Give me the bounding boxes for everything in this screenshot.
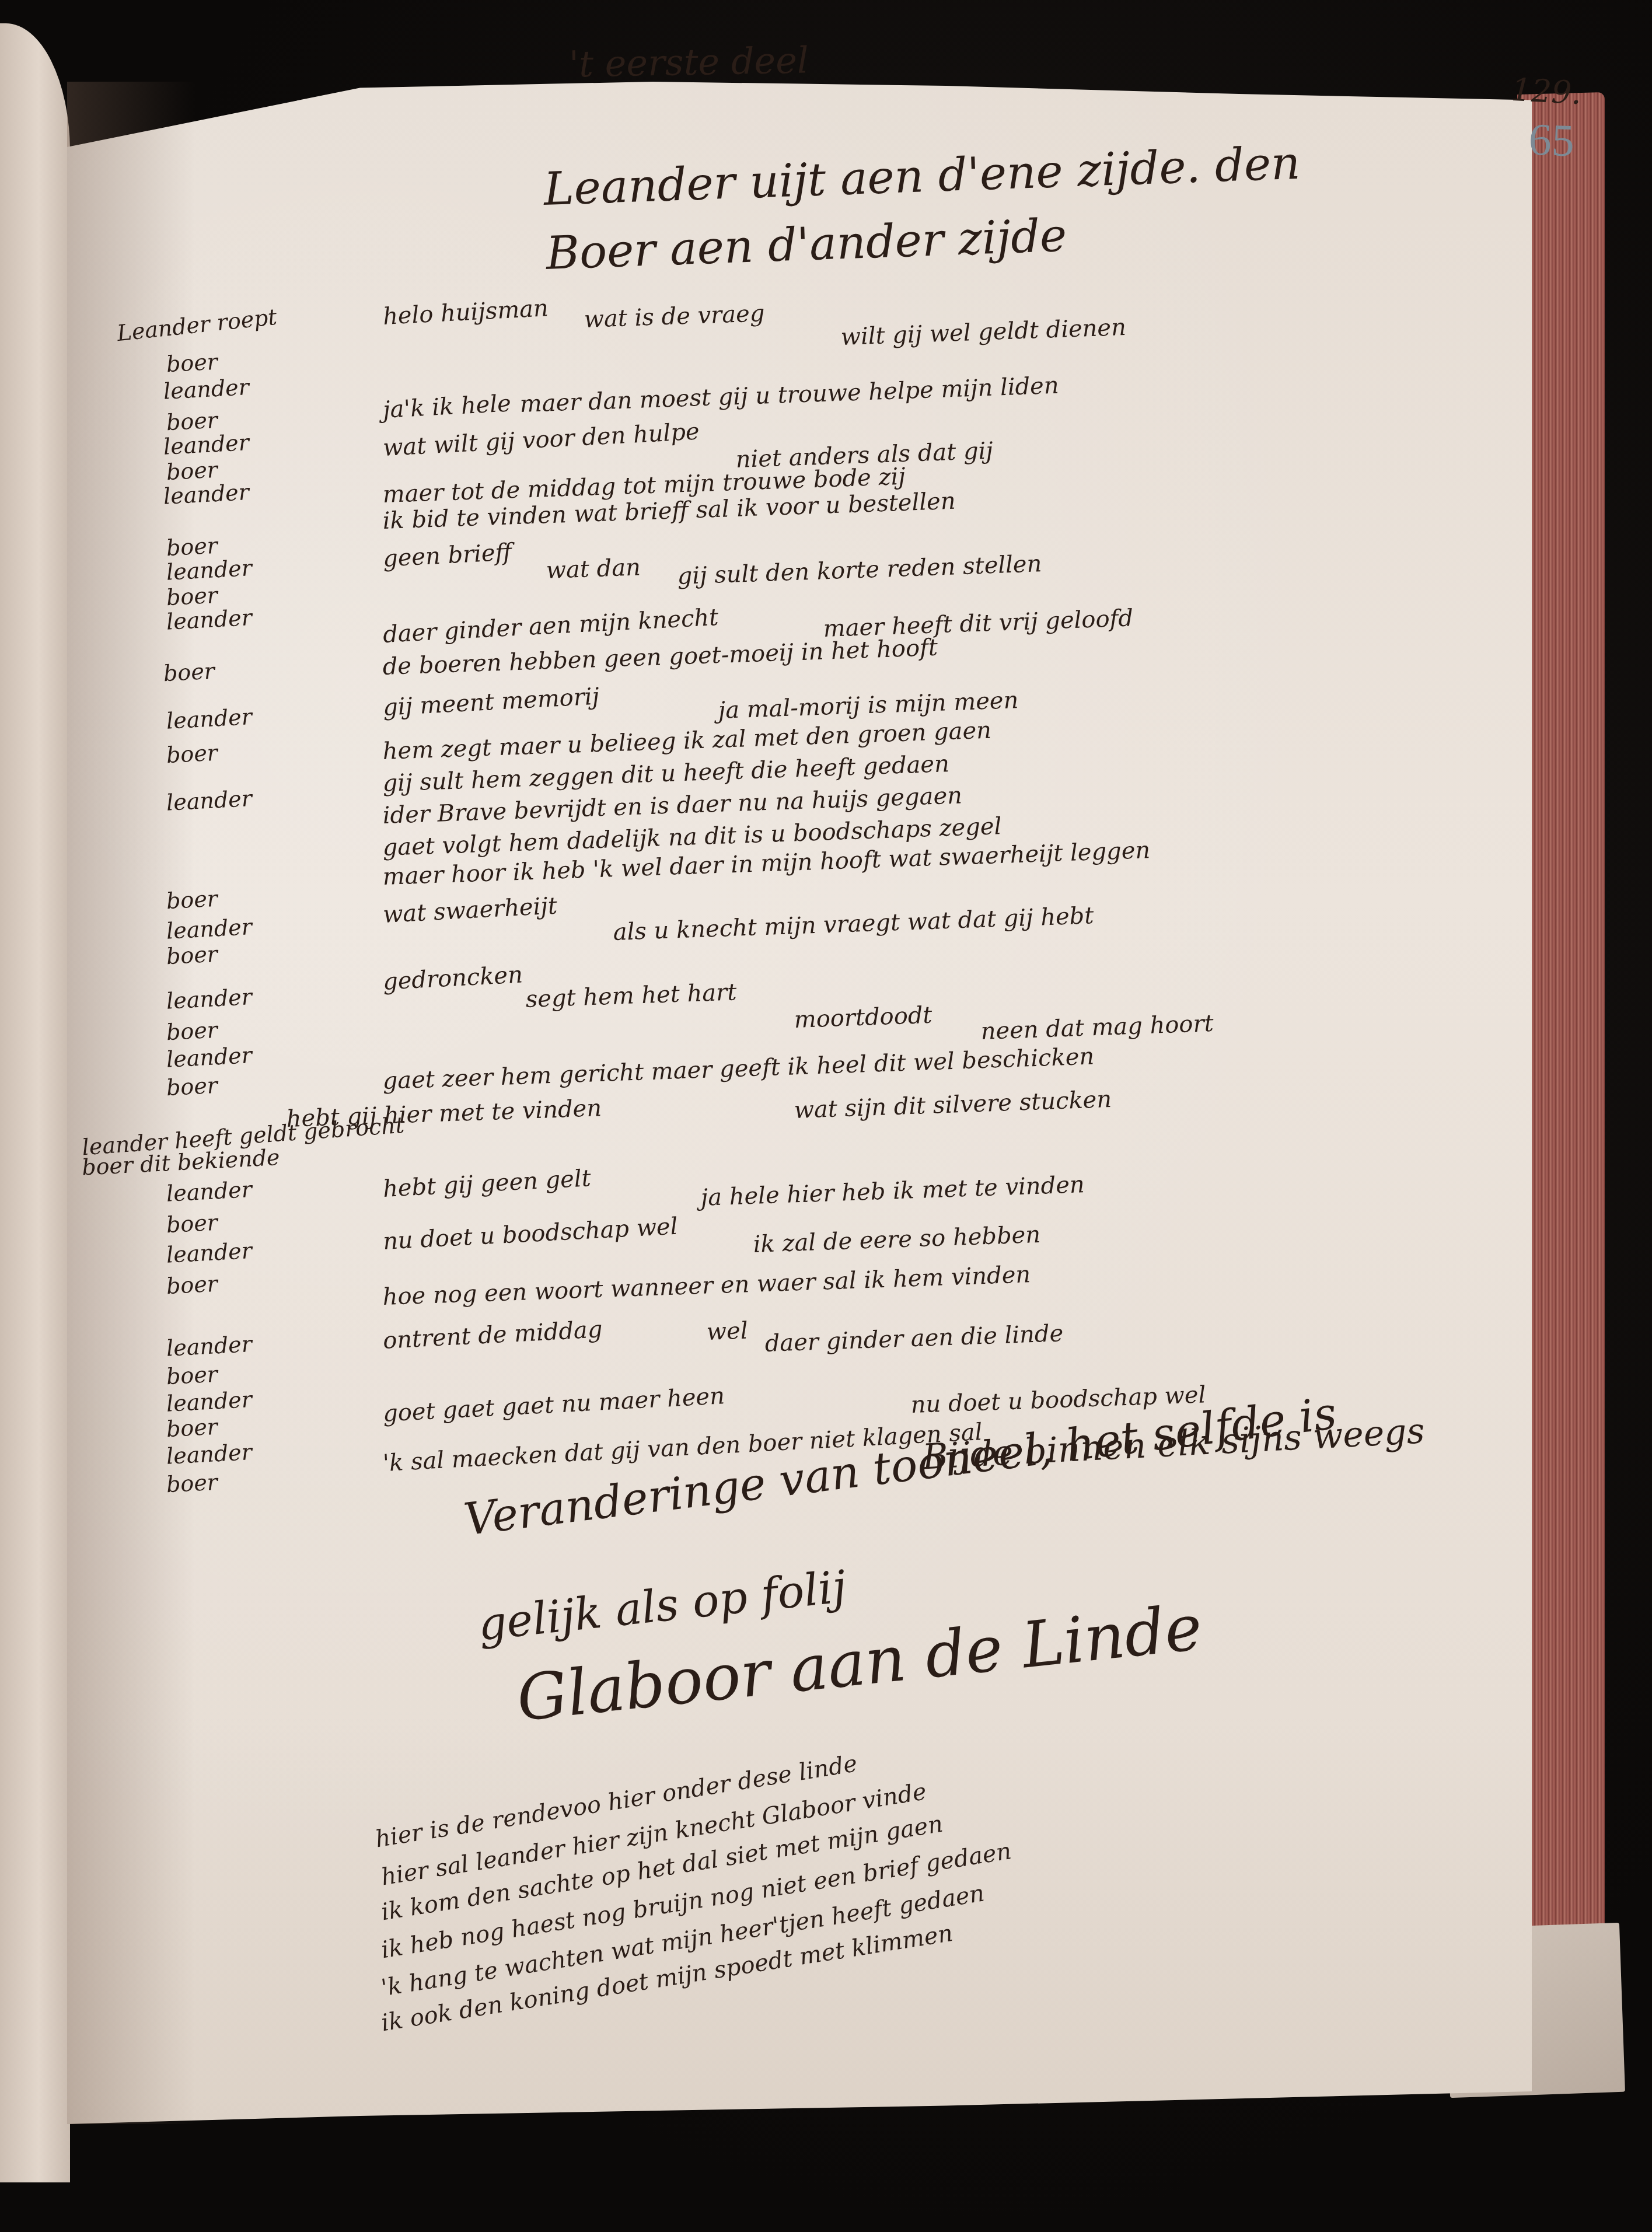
speaker-label: boer	[166, 1271, 218, 1300]
speaker-label: leander	[166, 785, 253, 816]
scene-title: Leander uijt aen d'ene zijde. den Boer a…	[543, 131, 1304, 286]
folio-number: 129.	[1510, 71, 1582, 111]
speaker-label: leander	[166, 1439, 253, 1469]
speaker-label: leander	[166, 704, 253, 734]
speaker-label: boer	[166, 886, 218, 914]
speaker-label: leander	[166, 1042, 253, 1073]
speaker-label: leander	[163, 479, 250, 509]
speaker-label: boer	[166, 1210, 218, 1238]
speaker-label: leander	[166, 1238, 253, 1268]
speaker-label: leander	[166, 1386, 253, 1417]
speaker-label: boer	[163, 658, 215, 687]
speaker-label: leander	[163, 429, 250, 460]
speaker-label: boer	[166, 1017, 218, 1046]
speaker-label: boer	[166, 1414, 218, 1442]
speaker-label: leander	[166, 1176, 253, 1207]
speaker-label: leander	[163, 374, 250, 404]
speaker-label: leander	[166, 914, 253, 944]
pencil-foliation: 65	[1528, 113, 1575, 167]
previous-page-edge	[0, 23, 70, 2182]
speaker-label: boer	[166, 740, 218, 769]
dialogue-line: wat dan	[546, 554, 641, 584]
speaker-label: leander	[166, 555, 253, 585]
dialogue-line: wel	[706, 1318, 748, 1346]
speaker-label: leander	[166, 1331, 253, 1361]
speaker-label: boer	[166, 1073, 218, 1101]
running-head: 't eerste deel	[568, 39, 809, 85]
speaker-label: boer	[166, 1469, 218, 1498]
speaker-label: leander	[166, 984, 253, 1014]
speaker-label: leander	[166, 605, 253, 635]
dialogue-line: moortdoodt	[794, 1002, 932, 1033]
speaker-label: boer	[166, 941, 218, 970]
speaker-label: boer	[166, 1361, 218, 1390]
speaker-label: boer	[166, 349, 218, 378]
